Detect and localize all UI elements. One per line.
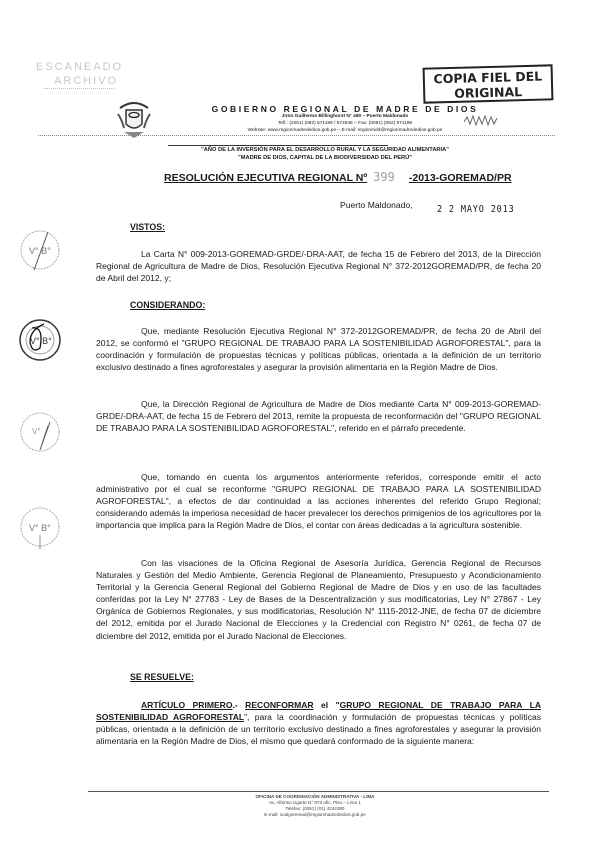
considerando-4-text: Con las visaciones de la Oficina Regiona…	[96, 558, 541, 641]
svg-text:V°: V°	[32, 427, 41, 436]
vistos-text: La Carta N° 009-2013-GOREMAD-GRDE/-DRA-A…	[96, 249, 541, 283]
certified-copy-stamp: COPIA FIEL DEL ORIGINAL	[423, 64, 554, 103]
resolution-number: 399	[373, 170, 395, 184]
region-motto: "MADRE DE DIOS, CAPITAL DE LA BIODIVERSI…	[100, 155, 550, 161]
articulo-primero-label: ARTÍCULO PRIMERO	[141, 700, 233, 710]
date-stamp: 2 2 MAYO 2013	[437, 204, 515, 215]
approval-stamp-icon: V° B°	[18, 228, 62, 272]
government-phone: Telf.: (2051) (082) 571199 / 572646 – Fa…	[200, 121, 490, 126]
peru-coat-of-arms-icon	[116, 98, 152, 140]
resolution-title: RESOLUCIÓN EJECUTIVA REGIONAL Nº399-2013…	[164, 170, 512, 184]
faded-stamp-underline	[44, 88, 114, 89]
faded-stamp-line-2: ARCHIVO	[54, 74, 146, 88]
section-considerando: CONSIDERANDO:	[130, 300, 205, 310]
resolution-title-suffix: -2013-GOREMAD/PR	[409, 172, 512, 184]
considerando-paragraph-2: Que, la Dirección Regional de Agricultur…	[96, 398, 541, 434]
footer-phone: Telefax: (0051) (01) 4244380	[150, 806, 480, 811]
footer-divider	[88, 791, 549, 792]
faded-stamp-line-1: ESCANEADO	[36, 60, 146, 74]
articulo-primero-paragraph: ARTÍCULO PRIMERO.- RECONFORMAR el "GRUPO…	[96, 699, 541, 747]
considerando-paragraph-4: Con las visaciones de la Oficina Regiona…	[96, 557, 541, 642]
header-divider	[38, 135, 555, 136]
vistos-paragraph: La Carta N° 009-2013-GOREMAD-GRDE/-DRA-A…	[96, 248, 541, 284]
approval-stamp-icon: V° B°	[18, 505, 62, 549]
footer-email: E-mail: ocalgoremad@regionmadrededios.go…	[150, 812, 480, 817]
section-se-resuelve: SE RESUELVE:	[130, 672, 194, 682]
motto-rule	[168, 145, 388, 146]
section-vistos: VISTOS:	[130, 222, 165, 232]
considerando-2-text: Que, la Dirección Regional de Agricultur…	[96, 399, 541, 433]
signature-scribble-icon	[463, 114, 499, 128]
articulo-article: el "	[314, 700, 340, 710]
faded-received-stamp: ESCANEADO ARCHIVO	[36, 60, 146, 96]
considerando-3-text: Que, tomando en cuenta los argumentos an…	[96, 472, 541, 530]
approval-stamp-icon: V° B°	[18, 318, 62, 362]
considerando-paragraph-3: Que, tomando en cuenta los argumentos an…	[96, 471, 541, 531]
articulo-verb: RECONFORMAR	[245, 700, 313, 710]
footer-address: Av. Alfonso Ugarte N° 873 ofic. Piso – L…	[150, 800, 480, 805]
resolution-title-prefix: RESOLUCIÓN EJECUTIVA REGIONAL Nº	[164, 172, 367, 184]
place-label: Puerto Maldonado,	[340, 200, 413, 210]
approval-stamp-icon: V°	[18, 410, 62, 454]
considerando-1-text: Que, mediante Resolución Ejecutiva Regio…	[96, 326, 541, 372]
footer-office: OFICINA DE COORDINACIÓN ADMINISTRATIVA -…	[150, 794, 480, 799]
articulo-separator: .-	[233, 700, 246, 710]
government-website: Website: www.regionmadrededios.gob.pe – …	[200, 128, 490, 133]
government-title: GOBIERNO REGIONAL DE MADRE DE DIOS	[200, 104, 490, 114]
considerando-paragraph-1: Que, mediante Resolución Ejecutiva Regio…	[96, 325, 541, 373]
government-address: Jirón Guillermo Billinghurst N° 480 – Pu…	[200, 114, 490, 119]
svg-text:V° B°: V° B°	[29, 523, 51, 533]
year-motto: "AÑO DE LA INVERSIÓN PARA EL DESARROLLO …	[100, 147, 550, 153]
